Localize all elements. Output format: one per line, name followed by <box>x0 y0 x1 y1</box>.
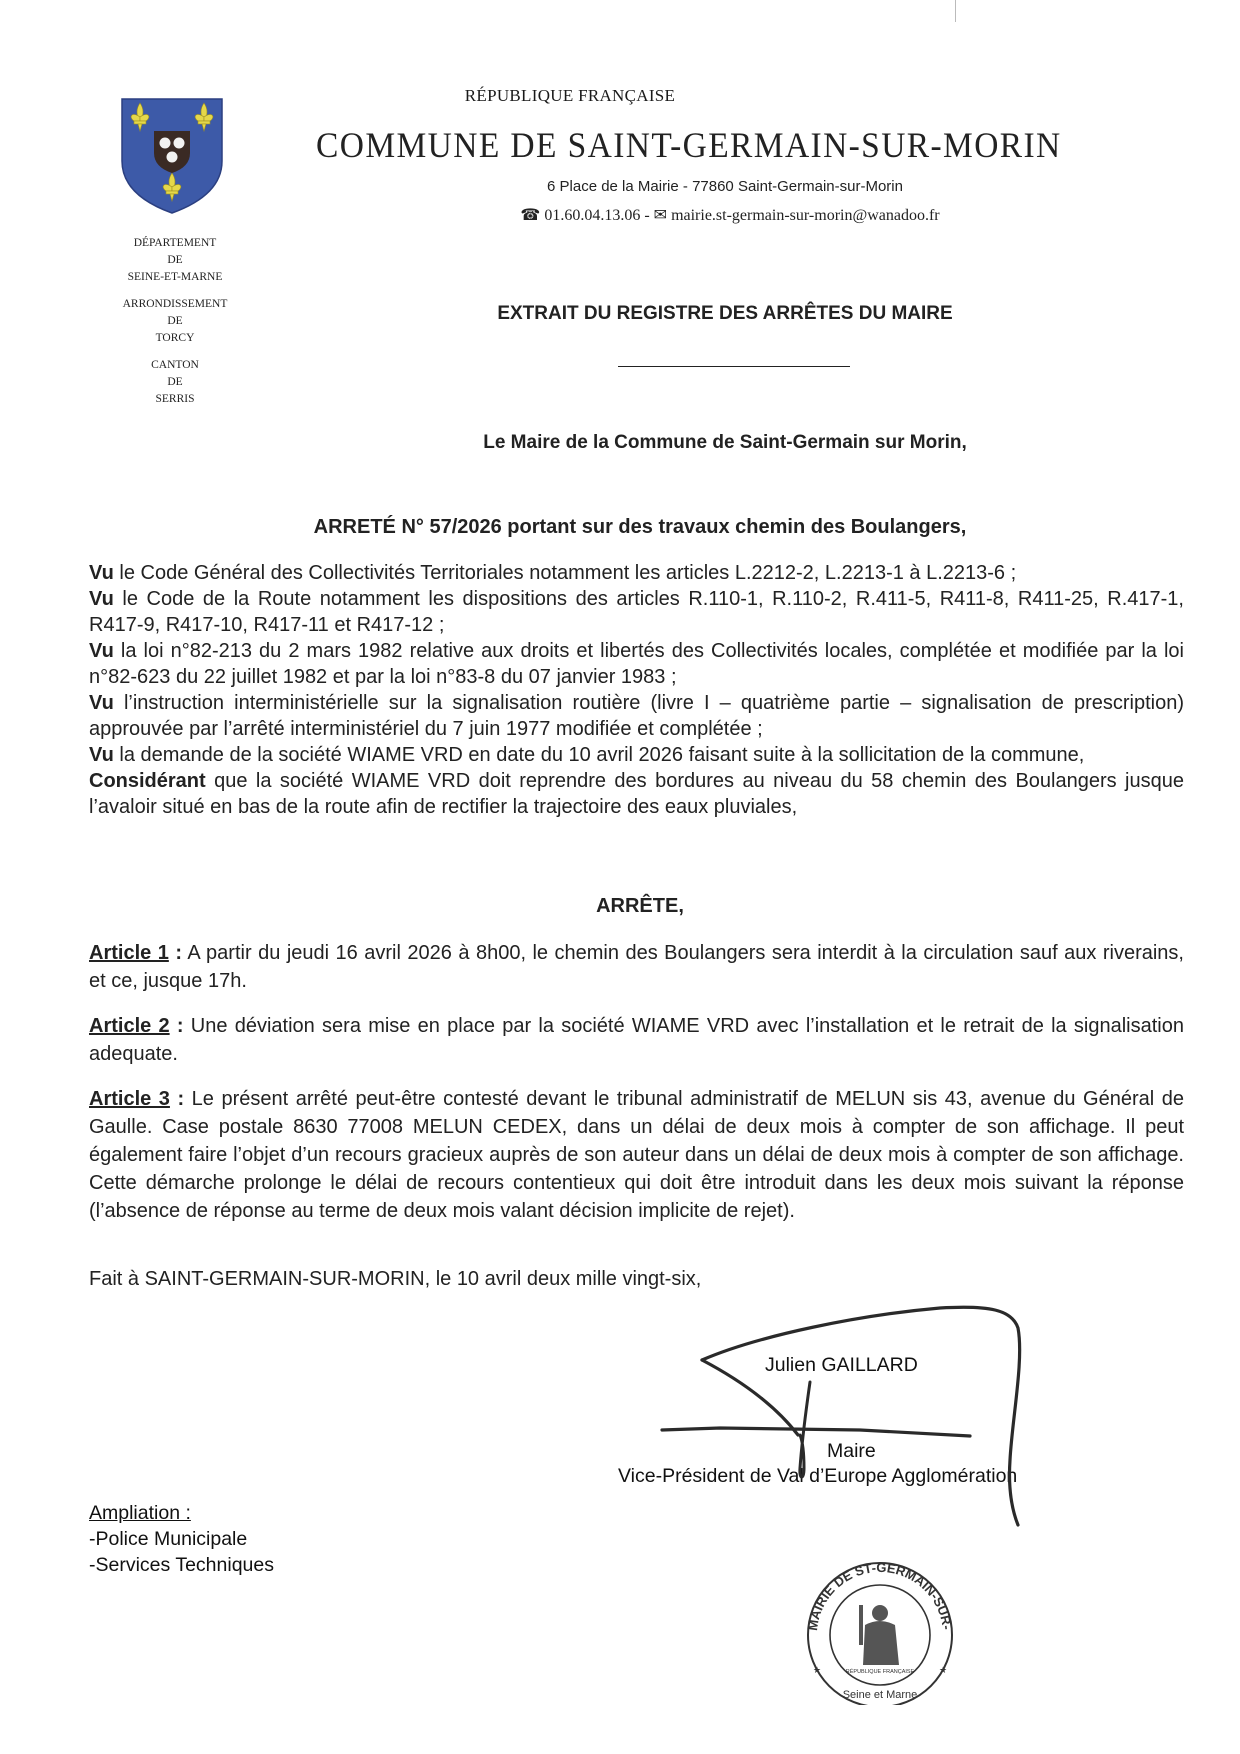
star-icon: ★ <box>813 1665 821 1675</box>
article-text: Le présent arrêté peut-être contesté dev… <box>89 1088 1184 1222</box>
phone-number: 01.60.04.13.06 <box>544 207 640 224</box>
consideration-lead: Vu <box>89 562 114 584</box>
handwritten-signature-icon <box>600 1300 1120 1540</box>
star-icon: ★ <box>939 1665 947 1675</box>
consideration-text: le Code Général des Collectivités Territ… <box>114 562 1016 584</box>
arrondissement-block: ARRONDISSEMENT DE TORCY <box>100 296 250 347</box>
article-label: Article 3 <box>89 1088 170 1110</box>
ampliation-heading: Ampliation : <box>89 1500 274 1526</box>
ampliation-recipient: -Services Techniques <box>89 1552 274 1578</box>
maire-intro: Le Maire de la Commune de Saint-Germain … <box>400 432 1050 454</box>
stamp-ring-text: MAIRIE DE ST-GERMAIN-SUR-MORIN <box>795 1555 955 1632</box>
divider <box>618 366 850 367</box>
side-line: ARRONDISSEMENT <box>100 296 250 313</box>
article-3: Article 3 : Le présent arrêté peut-être … <box>89 1085 1184 1225</box>
svg-text:MAIRIE DE ST-GERMAIN-SUR-MORIN: MAIRIE DE ST-GERMAIN-SUR-MORIN <box>795 1555 955 1632</box>
consideration-text: le Code de la Route notamment les dispos… <box>89 588 1184 636</box>
stamp-bottom-text: Seine et Marne <box>843 1689 918 1701</box>
article-text: A partir du jeudi 16 avril 2026 à 8h00, … <box>89 942 1184 992</box>
side-line: SEINE-ET-MARNE <box>100 269 250 286</box>
ampliation-heading-text: Ampliation : <box>89 1502 191 1524</box>
fait-a-line: Fait à SAINT-GERMAIN-SUR-MORIN, le 10 av… <box>89 1268 701 1291</box>
address: 6 Place de la Mairie - 77860 Saint-Germa… <box>475 178 975 195</box>
stamp-inner-text: RÉPUBLIQUE FRANÇAISE <box>846 1668 915 1675</box>
article-2: Article 2 : Une déviation sera mise en p… <box>89 1012 1184 1068</box>
canton-block: CANTON DE SERRIS <box>100 357 250 408</box>
ampliation: Ampliation : -Police Municipale -Service… <box>89 1500 274 1578</box>
contact-line: ☎ 01.60.04.13.06 - ✉ mairie.st-germain-s… <box>420 205 1040 225</box>
republic-text: RÉPUBLIQUE FRANÇAISE <box>465 86 676 106</box>
consideration-text: que la société WIAME VRD doit reprendre … <box>89 770 1184 818</box>
consideration-lead: Vu <box>89 588 114 610</box>
consideration-item: Vu la demande de la société WIAME VRD en… <box>89 742 1184 768</box>
separator: - <box>644 207 649 224</box>
consideration-item: Vu la loi n°82-213 du 2 mars 1982 relati… <box>89 638 1184 690</box>
consideration-text: l’instruction interministérielle sur la … <box>89 692 1184 740</box>
consideration-lead: Considérant <box>89 770 206 792</box>
mairie-stamp-icon: MAIRIE DE ST-GERMAIN-SUR-MORIN RÉPUBLIQU… <box>795 1555 965 1705</box>
consideration-text: la loi n°82-213 du 2 mars 1982 relative … <box>89 640 1184 688</box>
coat-of-arms-icon <box>118 95 226 215</box>
side-line: DE <box>100 252 250 269</box>
departement-block: DÉPARTEMENT DE SEINE-ET-MARNE <box>100 235 250 286</box>
arrete-heading: ARRÊTE, <box>80 895 1200 918</box>
side-line: TORCY <box>100 330 250 347</box>
commune-title: COMMUNE DE SAINT-GERMAIN-SUR-MORIN <box>275 124 1103 166</box>
consideration-item: Vu le Code Général des Collectivités Ter… <box>89 560 1184 586</box>
article-sep: : <box>170 1015 184 1037</box>
side-line: CANTON <box>100 357 250 374</box>
article-sep: : <box>170 1088 184 1110</box>
consideration-lead: Vu <box>89 692 114 714</box>
consideration-text: la demande de la société WIAME VRD en da… <box>114 744 1085 766</box>
side-line: SERRIS <box>100 391 250 408</box>
side-line: DE <box>100 313 250 330</box>
article-label: Article 2 <box>89 1015 170 1037</box>
consideration-item: Vu le Code de la Route notamment les dis… <box>89 586 1184 638</box>
side-line: DÉPARTEMENT <box>100 235 250 252</box>
consideration-item: Considérant que la société WIAME VRD doi… <box>89 768 1184 820</box>
article-1: Article 1 : A partir du jeudi 16 avril 2… <box>89 939 1184 995</box>
considerations: Vu le Code Général des Collectivités Ter… <box>89 560 1184 820</box>
consideration-lead: Vu <box>89 640 114 662</box>
article-label: Article 1 <box>89 942 169 964</box>
administrative-info: DÉPARTEMENT DE SEINE-ET-MARNE ARRONDISSE… <box>100 235 250 418</box>
phone-icon: ☎ <box>520 207 540 224</box>
arrete-title: ARRETÉ N° 57/2026 portant sur des travau… <box>80 516 1200 539</box>
scan-artifact <box>955 0 956 22</box>
consideration-item: Vu l’instruction interministérielle sur … <box>89 690 1184 742</box>
republic-heading: RÉPUBLIQUE FRANÇAISE <box>0 86 1240 106</box>
email-address[interactable]: mairie.st-germain-sur-morin@wanadoo.fr <box>671 207 940 224</box>
article-sep: : <box>169 942 182 964</box>
document-type-title: EXTRAIT DU REGISTRE DES ARRÊTES DU MAIRE <box>400 303 1050 325</box>
email-icon: ✉ <box>654 207 667 224</box>
side-line: DE <box>100 374 250 391</box>
article-text: Une déviation sera mise en place par la … <box>89 1015 1184 1065</box>
ampliation-recipient: -Police Municipale <box>89 1526 274 1552</box>
consideration-lead: Vu <box>89 744 114 766</box>
